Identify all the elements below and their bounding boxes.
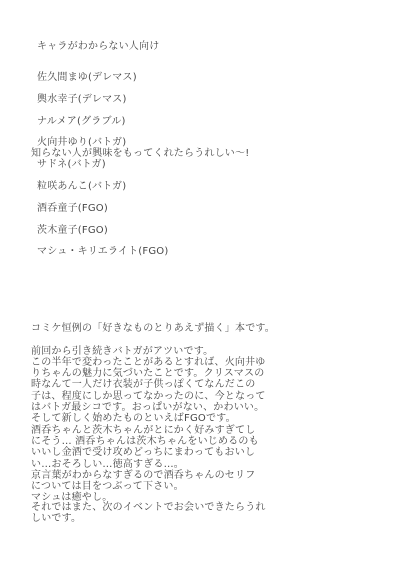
character-list-item: 酒呑童子(FGO) (37, 204, 168, 215)
character-list-item: サドネ(バトガ) (37, 160, 168, 171)
character-list-item: 佐久間まゆ(デレマス) (37, 73, 168, 84)
character-list-item: 茨木童子(FGO) (37, 226, 168, 237)
hope-line: 知らない人が興味をもってくれたらうれしい〜! (31, 148, 249, 159)
afterword-body: コミケ恒例の「好きなものとりあえず描く」本です。 前回から引き続きバトガがアツい… (31, 323, 275, 504)
closing-message: それではまた、次のイベントでお会いできたらうれ しいです。 (31, 502, 266, 525)
character-list-item: ナルメア(グラブル) (37, 117, 168, 128)
character-list-item: 輿水幸子(デレマス) (37, 95, 168, 106)
character-list-item: 粒咲あんこ(バトガ) (37, 182, 168, 193)
character-list: 佐久間まゆ(デレマス) 輿水幸子(デレマス) ナルメア(グラブル) 火向井ゆり(… (37, 62, 168, 269)
afterword-page: キャラがわからない人向け 佐久間まゆ(デレマス) 輿水幸子(デレマス) ナルメア… (0, 0, 400, 565)
character-list-item: マシュ・キリエライト(FGO) (37, 247, 168, 258)
reader-note: キャラがわからない人向け (37, 41, 159, 52)
